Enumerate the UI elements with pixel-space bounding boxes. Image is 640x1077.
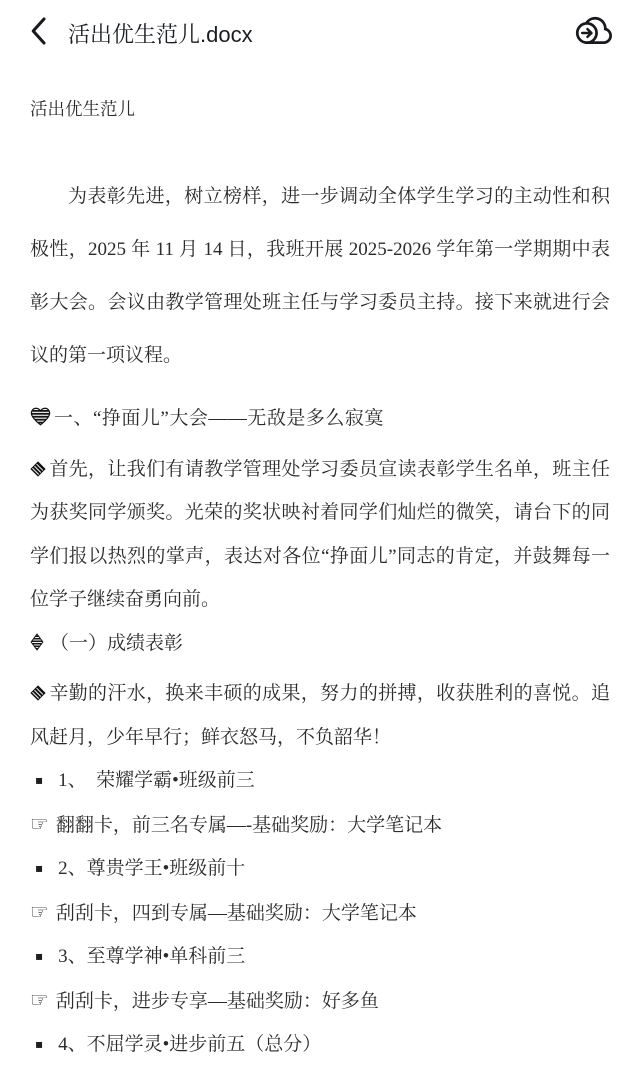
heading-heart: 一、“挣面儿”大会——无敌是多么寂寞 (30, 397, 610, 441)
hand-line: ☞刮刮卡，四到专属—基础奖励：大学笔记本 (30, 891, 610, 936)
block-text: 为表彰先进，树立榜样，进一步调动全体学生学习的主动性和积极性，2025 年 11… (30, 186, 610, 366)
block-text: 2、尊贵学王•班级前十 (58, 858, 245, 879)
striped-diamond-icon (30, 672, 46, 716)
paragraph-diamond: 首先，让我们有请教学管理处学习委员宣读表彰学生名单，班主任为获奖同学颁奖。光荣的… (30, 448, 610, 622)
block-text: 首先，让我们有请教学管理处学习委员宣读表彰学生名单，班主任为获奖同学颁奖。光荣的… (30, 459, 610, 611)
block-text: 4、不屈学灵•进步前五（总分） (58, 1034, 321, 1055)
square-bullet-icon: ▪ (35, 759, 43, 803)
block-text: （一）成绩表彰 (50, 633, 183, 654)
list-item: ▪1、 荣耀学霸•班级前三 (30, 759, 610, 803)
square-bullet-icon: ▪ (35, 935, 43, 979)
striped-diamond-icon (30, 448, 46, 492)
list-item: ▪4、不屈学灵•进步前五（总分） (30, 1023, 610, 1067)
document-blocks: 为表彰先进，树立榜样，进一步调动全体学生学习的主动性和积极性，2025 年 11… (30, 170, 610, 1067)
hand-line: ☞刮刮卡，进步专享—基础奖励：好多鱼 (30, 979, 610, 1024)
list-item: ▪3、至尊学神•单科前三 (30, 935, 610, 979)
striped-heart-icon (30, 397, 51, 441)
back-button[interactable] (28, 17, 54, 49)
square-bullet-icon: ▪ (35, 1023, 43, 1067)
top-bar: 活出优生范儿.docx (0, 0, 640, 58)
chevron-left-icon (28, 16, 48, 51)
paragraph-indent: 为表彰先进，树立榜样，进一步调动全体学生学习的主动性和积极性，2025 年 11… (30, 170, 610, 382)
block-text: 1、 荣耀学霸•班级前三 (58, 770, 255, 791)
block-text: 一、“挣面儿”大会——无敌是多么寂寞 (54, 408, 384, 429)
square-bullet-icon: ▪ (35, 847, 43, 891)
pointing-hand-icon: ☞ (30, 803, 49, 847)
pointing-hand-icon: ☞ (30, 891, 49, 935)
block-text: 3、至尊学神•单科前三 (58, 946, 245, 967)
list-item: ▪2、尊贵学王•班级前十 (30, 847, 610, 891)
document-heading: 活出优生范儿 (30, 96, 610, 122)
heading-rhombus: （一）成绩表彰 (30, 622, 610, 666)
block-text: 刮刮卡，进步专享—基础奖励：好多鱼 (56, 991, 379, 1012)
share-button[interactable] (574, 13, 614, 54)
hand-line: ☞翻翻卡，前三名专属—-基础奖励：大学笔记本 (30, 803, 610, 848)
block-text: 刮刮卡，四到专属—基础奖励：大学笔记本 (56, 903, 417, 924)
cloud-share-icon (574, 13, 614, 54)
striped-rhombus-icon (30, 622, 44, 666)
document-viewer[interactable]: 活出优生范儿 为表彰先进，树立榜样，进一步调动全体学生学习的主动性和积极性，20… (0, 96, 640, 1067)
pointing-hand-icon: ☞ (30, 979, 49, 1023)
block-text: 辛勤的汗水，换来丰硕的成果，努力的拼搏，收获胜利的喜悦。追风赶月，少年早行；鲜衣… (30, 683, 610, 748)
paragraph-diamond: 辛勤的汗水，换来丰硕的成果，努力的拼搏，收获胜利的喜悦。追风赶月，少年早行；鲜衣… (30, 672, 610, 759)
block-text: 翻翻卡，前三名专属—-基础奖励：大学笔记本 (56, 815, 442, 836)
file-title: 活出优生范儿.docx (68, 18, 562, 49)
